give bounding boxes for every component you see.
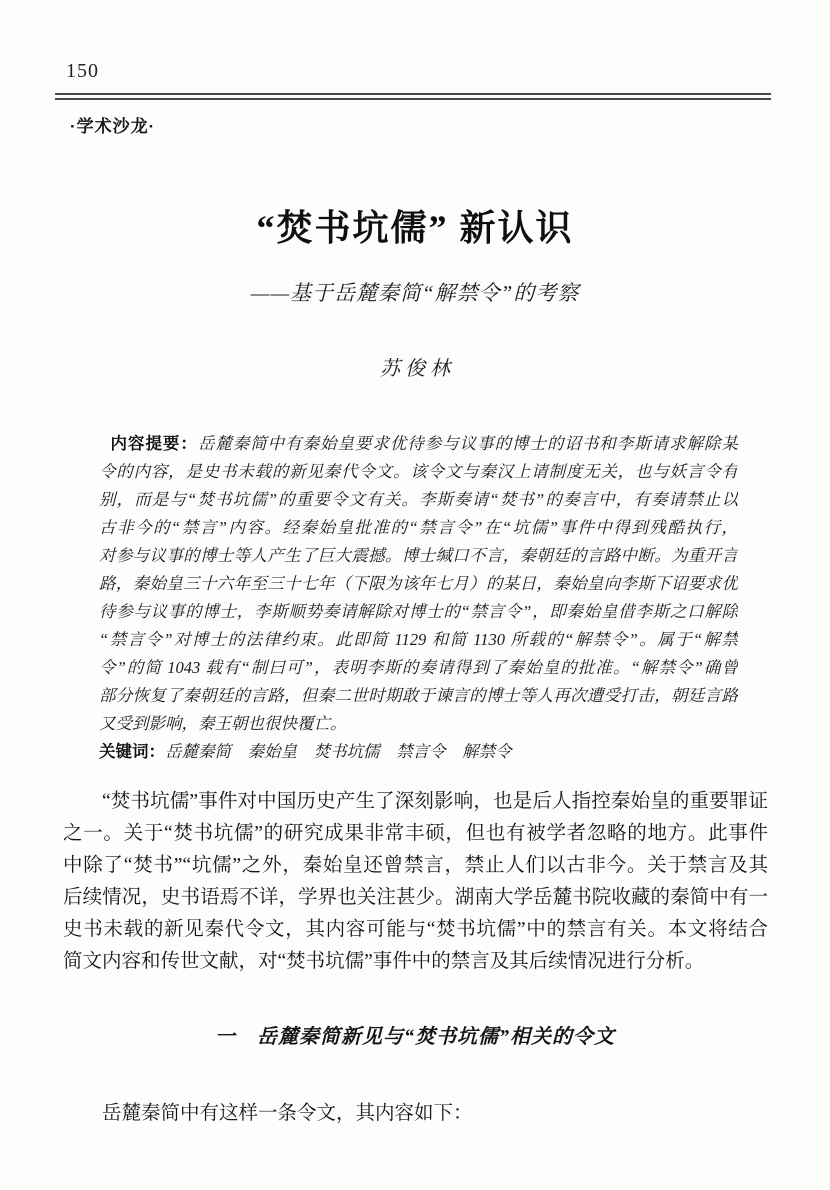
abstract-text: 岳麓秦简中有秦始皇要求优待参与议事的博士的诏书和李斯请求解除某 xyxy=(198,434,738,453)
column-section-label: ·学术沙龙· xyxy=(70,112,155,137)
keywords-label: 关键词： xyxy=(99,743,165,761)
abstract-line: 对参与议事的博士等人产生了巨大震撼。博士缄口不言，秦朝廷的言路中断。为重开言 xyxy=(99,542,738,570)
abstract-line: 路，秦始皇三十六年至三十七年（下限为该年七月）的某日，秦始皇向李斯下诏要求优 xyxy=(99,570,738,598)
journal-page: 150 ·学术沙龙· “焚书坑儒” 新认识 ——基于岳麓秦简“解禁令”的考察 苏… xyxy=(0,0,830,1190)
abstract-line: 古非今的“禁言”内容。经秦始皇批准的“禁言令”在“坑儒”事件中得到残酷执行， xyxy=(99,514,738,542)
body-line: 史书未载的新见秦代令文，其内容可能与“焚书坑儒”中的禁言有关。本文将结合 xyxy=(63,914,768,946)
abstract-line: 别，而是与“焚书坑儒”的重要令文有关。李斯奏请“焚书”的奏言中，有奏请禁止以 xyxy=(99,486,738,514)
abstract-line: 令”的简 1043 载有“制曰可”，表明李斯的奏请得到了秦始皇的批准。“解禁令”… xyxy=(99,654,738,682)
body-line: 之一。关于“焚书坑儒”的研究成果非常丰硕，但也有被学者忽略的地方。此事件 xyxy=(63,818,768,850)
page-number: 150 xyxy=(66,60,99,83)
keywords-terms: 岳麓秦简 秦始皇 焚书坑儒 禁言令 解禁令 xyxy=(165,742,512,761)
body-line: 简文内容和传世文献，对“焚书坑儒”事件中的禁言及其后续情况进行分析。 xyxy=(63,946,768,978)
body-line: 中除了“焚书”“坑儒”之外，秦始皇还曾禁言，禁止人们以古非今。关于禁言及其 xyxy=(63,850,768,882)
keywords-line: 关键词：岳麓秦简 秦始皇 焚书坑儒 禁言令 解禁令 xyxy=(99,738,738,766)
header-double-rule xyxy=(55,93,771,100)
abstract-line: “禁言令”对博士的法律约束。此即简 1129 和简 1130 所载的“解禁令”。… xyxy=(99,626,738,654)
section-heading: 一 岳麓秦简新见与“焚书坑儒”相关的令文 xyxy=(0,1020,830,1049)
article-subtitle: ——基于岳麓秦简“解禁令”的考察 xyxy=(0,277,830,307)
abstract-line: 内容提要：岳麓秦简中有秦始皇要求优待参与议事的博士的诏书和李斯请求解除某 xyxy=(99,430,738,458)
body-line: 后续情况，史书语焉不详，学界也关注甚少。湖南大学岳麓书院收藏的秦简中有一条 xyxy=(63,882,768,914)
article-title: “焚书坑儒” 新认识 xyxy=(0,200,830,251)
abstract-line: 部分恢复了秦朝廷的言路，但秦二世时期敢于谏言的博士等人再次遭受打击，朝廷言路 xyxy=(99,682,738,710)
body-paragraph: “焚书坑儒”事件对中国历史产生了深刻影响，也是后人指控秦始皇的重要罪证 之一。关… xyxy=(63,786,768,978)
abstract-label: 内容提要： xyxy=(111,435,198,453)
body-line: “焚书坑儒”事件对中国历史产生了深刻影响，也是后人指控秦始皇的重要罪证 xyxy=(63,786,768,818)
abstract-line: 待参与议事的博士，李斯顺势奏请解除对博士的“禁言令”，即秦始皇借李斯之口解除 xyxy=(99,598,738,626)
author-name: 苏 俊 林 xyxy=(0,352,830,381)
section-intro-line: 岳麓秦简中有这样一条令文，其内容如下： xyxy=(63,1098,768,1130)
abstract-block: 内容提要：岳麓秦简中有秦始皇要求优待参与议事的博士的诏书和李斯请求解除某 令的内… xyxy=(99,430,738,766)
abstract-line: 令的内容，是史书未载的新见秦代令文。该令文与秦汉上请制度无关，也与妖言令有 xyxy=(99,458,738,486)
abstract-line: 又受到影响，秦王朝也很快覆亡。 xyxy=(99,710,738,738)
